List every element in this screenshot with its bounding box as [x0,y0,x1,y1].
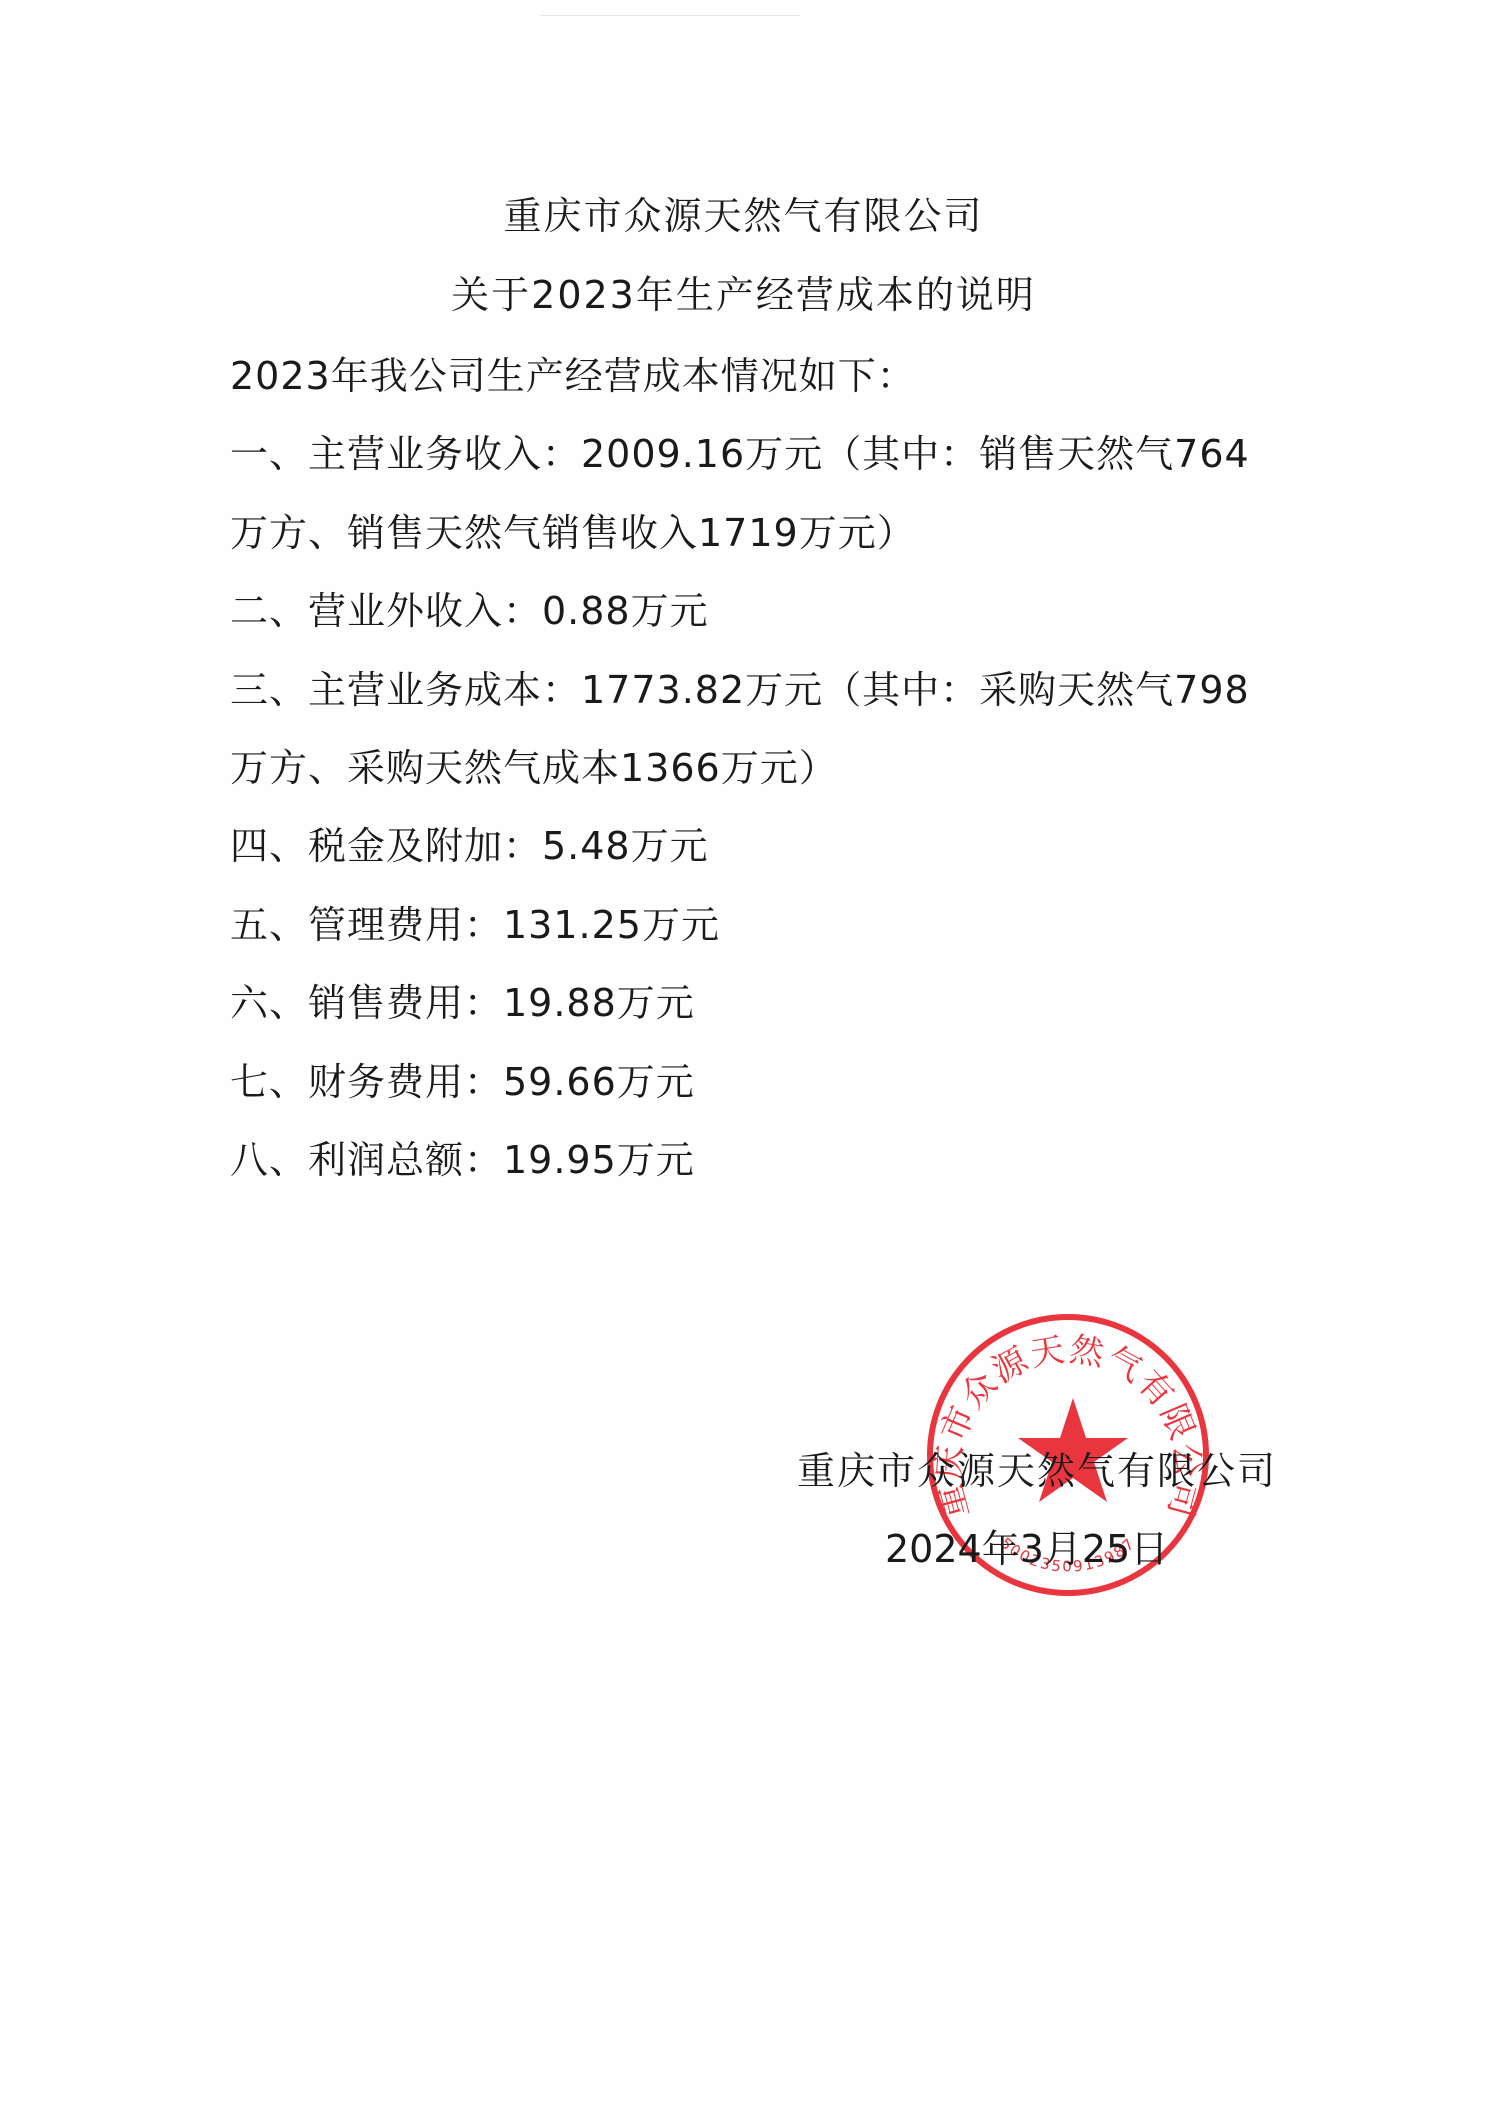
item-admin-expense: 五、管理费用：131.25万元 [230,900,720,950]
signature-company: 重庆市众源天然气有限公司 [797,1446,1277,1496]
document-subtitle: 关于2023年生产经营成本的说明 [0,270,1487,320]
item-sales-expense: 六、销售费用：19.88万元 [230,978,695,1028]
scan-artifact [540,15,800,16]
item-main-cost: 三、主营业务成本：1773.82万元（其中：采购天然气798 [230,665,1250,715]
item-main-cost-cont: 万方、采购天然气成本1366万元） [230,743,838,793]
item-finance-expense: 七、财务费用：59.66万元 [230,1057,695,1107]
item-main-revenue-cont: 万方、销售天然气销售收入1719万元） [230,508,916,558]
item-total-profit: 八、利润总额：19.95万元 [230,1135,695,1185]
signature-date: 2024年3月25日 [885,1524,1168,1574]
item-taxes: 四、税金及附加：5.48万元 [230,821,709,871]
item-non-operating-income: 二、营业外收入：0.88万元 [230,586,709,636]
item-main-revenue: 一、主营业务收入：2009.16万元（其中：销售天然气764 [230,429,1250,479]
document-page: 重庆市众源天然气有限公司 关于2023年生产经营成本的说明 2023年我公司生产… [0,0,1487,2105]
intro-line: 2023年我公司生产经营成本情况如下： [230,351,916,401]
document-company-title: 重庆市众源天然气有限公司 [0,191,1487,241]
